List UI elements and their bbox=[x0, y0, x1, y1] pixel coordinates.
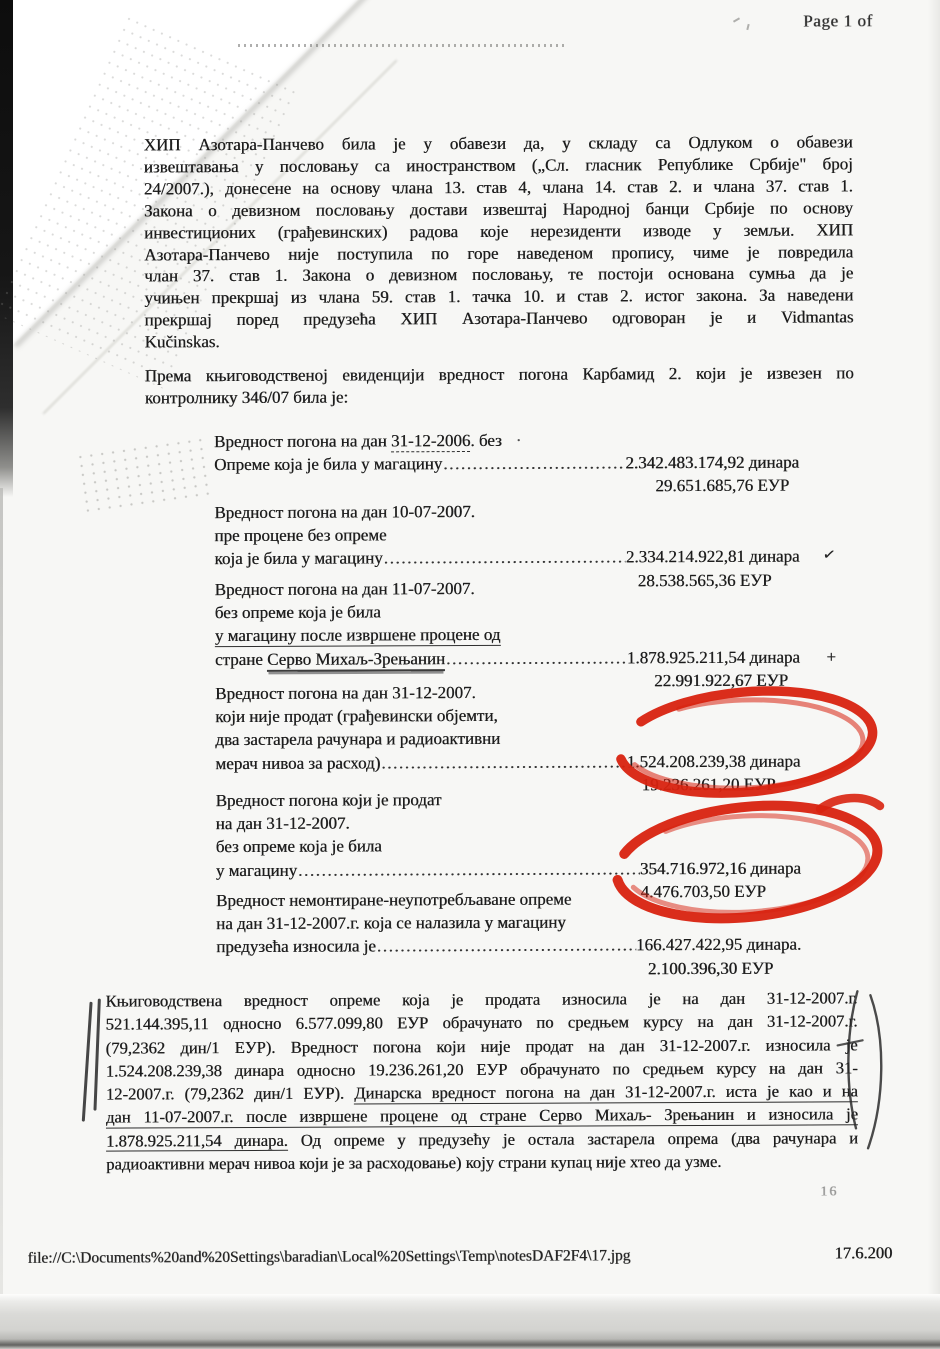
text-line: члан 37. став 1. Закона о девизном посло… bbox=[144, 263, 853, 288]
value-entry-31-12-2007-unsold: Вредност погона на дан 31-12-2007. који … bbox=[215, 680, 801, 799]
dot-leader: ........................................… bbox=[445, 646, 627, 670]
text-line: извештавања у пословању са иностранством… bbox=[144, 153, 853, 178]
text-line: дан 11-07-2007.г. после извршене процене… bbox=[106, 1103, 858, 1130]
text-line: (79,2362 дин/1 ЕУР). Вредност погона кој… bbox=[106, 1033, 858, 1060]
underlined-phrase: Динарска вредност погона на дан 31-12-20… bbox=[354, 1081, 858, 1104]
scribble-underlined-name: Серво Михаљ-Зрењанин bbox=[267, 649, 445, 672]
leader-row: која је била у магацину.................… bbox=[214, 545, 799, 571]
dot-leader: ........................................… bbox=[442, 452, 625, 476]
dinara-value: 166.427.422,95 динара. bbox=[636, 933, 801, 957]
text-line: Вредност погона на дан 31-12-2006. без· bbox=[214, 428, 799, 454]
text-line: инвестиционих (грађевинских) радова које… bbox=[144, 219, 853, 244]
value-entry-11-07-2007: Вредност погона на дан 11-07-2007. без о… bbox=[215, 576, 801, 695]
dinara-value: 1.878.925.211,54 динара bbox=[627, 645, 800, 669]
text-line: 24/2007.), донесене на основу члана 13. … bbox=[144, 175, 853, 200]
value-entry-unmounted-equipment: Вредност немонтиране-неупотребљаване опр… bbox=[216, 887, 801, 982]
footer-file-path: file://C:\Documents%20and%20Settings\bar… bbox=[28, 1247, 631, 1268]
text-line: Азотара-Панчево није поступила по горе н… bbox=[144, 241, 853, 266]
text-line: прекршај поред предузећа ХИП Азотара-Пан… bbox=[144, 307, 853, 332]
underlined-date: 31-12-2006 bbox=[391, 431, 470, 452]
faint-page-number: 16 bbox=[820, 1184, 838, 1200]
text-line: 1.878.925.211,54 динара. Од опреме у пре… bbox=[106, 1126, 858, 1153]
text-line: који није продат (грађевински објемти, bbox=[215, 703, 800, 729]
eur-value: 29.651.685,76 ЕУР bbox=[214, 474, 799, 500]
text-line: Књиговодствена вредност опреме која је п… bbox=[105, 986, 857, 1013]
text-line: радиоактивни мерач нивоа који је за расх… bbox=[106, 1149, 858, 1176]
text-line: Вредност немонтиране-неупотребљаване опр… bbox=[216, 887, 801, 913]
paragraph-legal-intro: ХИП Азотара-Панчево била је у обавези да… bbox=[144, 131, 854, 353]
dinara-value: 354.716.972,16 динара bbox=[640, 856, 801, 880]
text-line: два застарела рачунара и радиоактивни bbox=[215, 726, 800, 752]
checkmark-annotation: ✓ bbox=[821, 544, 837, 569]
eur-value: 2.100.396,30 ЕУР bbox=[216, 956, 801, 982]
text-line: Kučinskas. bbox=[145, 328, 854, 353]
dinara-value: 1.524.208.239,38 динара bbox=[627, 749, 801, 773]
text-line: на дан 31-12-2007. bbox=[216, 810, 801, 836]
dot-leader: ........................................… bbox=[380, 750, 626, 774]
text-line: 1.524.208.239,38 динара односно 19.236.2… bbox=[106, 1056, 858, 1083]
text-line: без опреме која је била bbox=[215, 599, 800, 625]
underlined-phrase: у магацину после извршене процене од bbox=[215, 625, 501, 647]
plus-annotation: + bbox=[826, 645, 836, 668]
text-line: Вредност погона на дан 10-07-2007. bbox=[214, 499, 799, 525]
text-line: Вредност погона на дан 11-07-2007. bbox=[215, 576, 800, 602]
text-line: 521.144.395,11 односно 6.577.099,80 ЕУР … bbox=[105, 1010, 857, 1037]
scanned-document-page: Page 1 of ХИП Азотара-Панчево била је у … bbox=[0, 0, 940, 1349]
text-line: Према књиговодственој евиденцији вреднос… bbox=[145, 362, 854, 387]
paragraph-bookvalue-summary: Књиговодствена вредност опреме која је п… bbox=[105, 986, 858, 1176]
pen-margin-stroke bbox=[82, 1002, 92, 1122]
leader-row: у магацину..............................… bbox=[216, 856, 801, 882]
text-line: учињен прекршај из члана 59. став 1. тач… bbox=[144, 285, 853, 310]
text-line: Вредност погона који је продат bbox=[215, 787, 800, 813]
dot-leader: ........................................… bbox=[383, 546, 626, 570]
text-line: ХИП Азотара-Панчево била је у обавези да… bbox=[144, 131, 853, 156]
footer-date: 17.6.200 bbox=[834, 1243, 892, 1263]
text-line: 12-2007.г. (79,2362 дин/1 ЕУР). Динарска… bbox=[106, 1079, 858, 1106]
value-entry-2006: Вредност погона на дан 31-12-2006. без· … bbox=[214, 428, 799, 500]
underlined-amount: 1.878.925.211,54 динара. bbox=[106, 1131, 288, 1152]
underlined-phrase: дан 11-07-2007.г. после извршене процене… bbox=[106, 1105, 858, 1129]
text-line: пре процене без опреме bbox=[214, 522, 799, 548]
page-header-label: Page 1 of bbox=[803, 11, 873, 31]
leader-row: Опреме која је била у магацину..........… bbox=[214, 451, 799, 477]
pen-margin-stroke bbox=[93, 999, 100, 1111]
dinara-value: 2.342.483.174,92 динара bbox=[625, 451, 799, 475]
text-line: на дан 31-12-2007.г. која се налазила у … bbox=[216, 910, 801, 936]
dinara-value: 2.334.214.922,81 динара bbox=[626, 545, 800, 569]
text-line: без опреме која је била bbox=[216, 833, 801, 859]
text-line: контролнику 346/07 била је: bbox=[145, 384, 854, 409]
text-line: Закона о девизном пословању достави изве… bbox=[144, 197, 853, 222]
leader-row: стране Серво Михаљ-Зрењанин.............… bbox=[215, 645, 800, 671]
text-line: у магацину после извршене процене од bbox=[215, 622, 800, 648]
dot-leader: ........................................… bbox=[297, 857, 640, 882]
leader-row: предузећа износила је ..................… bbox=[216, 933, 801, 959]
text-line: Вредност погона на дан 31-12-2007. bbox=[215, 680, 800, 706]
stray-dot-mark: · bbox=[516, 431, 522, 450]
dot-leader: ........................................… bbox=[376, 934, 636, 958]
paragraph-bookkeeping-intro: Према књиговодственој евиденцији вреднос… bbox=[145, 362, 854, 409]
leader-row: мерач нивоа за расход)..................… bbox=[215, 749, 800, 775]
